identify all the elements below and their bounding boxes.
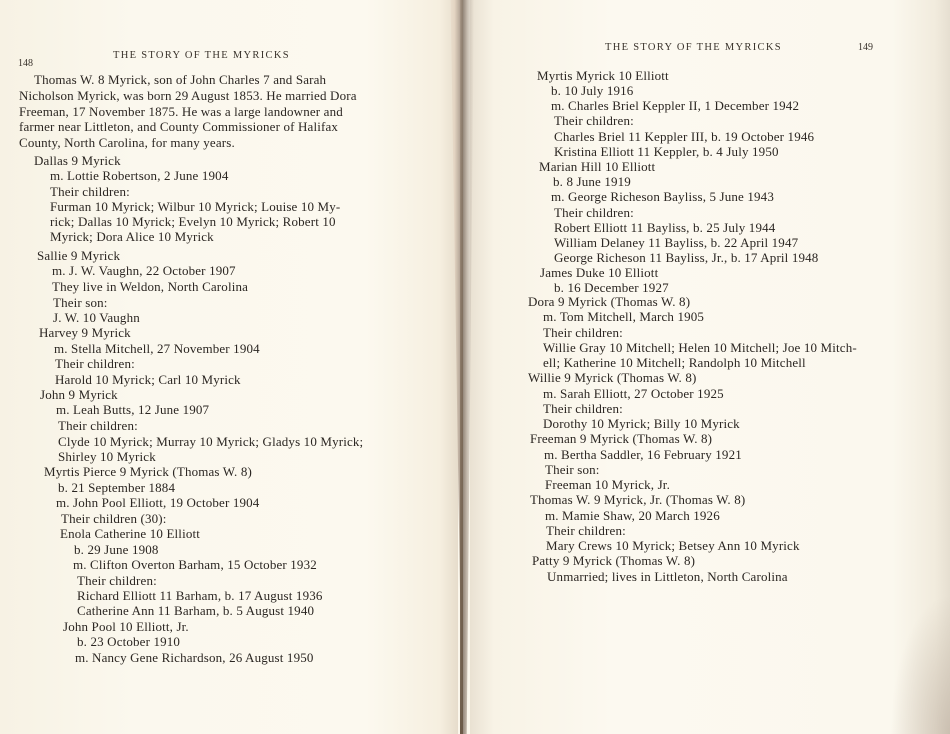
entry-name: Myrtis Pierce 9 Myrick (Thomas W. 8) <box>44 464 252 479</box>
entry-detail: Their children: <box>55 356 135 371</box>
entry-detail: m. Tom Mitchell, March 1905 <box>543 309 704 324</box>
entry-detail: Robert Elliott 11 Bayliss, b. 25 July 19… <box>554 220 775 235</box>
entry-detail: Harold 10 Myrick; Carl 10 Myrick <box>55 372 241 387</box>
entry-detail: Clyde 10 Myrick; Murray 10 Myrick; Glady… <box>58 434 363 449</box>
entry-name: Patty 9 Myrick (Thomas W. 8) <box>532 553 695 568</box>
running-header: THE STORY OF THE MYRICKS <box>605 42 782 53</box>
entry-name: Myrtis Myrick 10 Elliott <box>537 68 669 83</box>
entry-detail: Dorothy 10 Myrick; Billy 10 Myrick <box>543 416 740 431</box>
entry-detail: George Richeson 11 Bayliss, Jr., b. 17 A… <box>554 250 818 265</box>
entry-name: Sallie 9 Myrick <box>37 248 120 263</box>
paragraph-line: Thomas W. 8 Myrick, son of John Charles … <box>34 72 326 87</box>
entry-detail: Their children: <box>58 418 138 433</box>
entry-name: Dora 9 Myrick (Thomas W. 8) <box>528 294 690 309</box>
entry-detail: m. J. W. Vaughn, 22 October 1907 <box>52 263 236 278</box>
entry-detail: Charles Briel 11 Keppler III, b. 19 Octo… <box>554 129 814 144</box>
paragraph-line: Nicholson Myrick, was born 29 August 185… <box>19 88 357 103</box>
entry-name: Marian Hill 10 Elliott <box>539 159 655 174</box>
entry-detail: Furman 10 Myrick; Wilbur 10 Myrick; Loui… <box>50 199 340 214</box>
entry-name: Freeman 9 Myrick (Thomas W. 8) <box>530 431 712 446</box>
entry-detail: b. 8 June 1919 <box>553 174 631 189</box>
entry-detail: Their children: <box>546 523 626 538</box>
spine-shadow <box>460 0 463 734</box>
paragraph-line: Freeman, 17 November 1875. He was a larg… <box>19 104 343 119</box>
entry-name: John Pool 10 Elliott, Jr. <box>63 619 189 634</box>
entry-detail: b. 23 October 1910 <box>77 634 180 649</box>
entry-detail: m. Charles Briel Keppler II, 1 December … <box>551 98 799 113</box>
page-corner-shadow <box>890 594 950 734</box>
entry-detail: m. Clifton Overton Barham, 15 October 19… <box>73 557 317 572</box>
entry-detail: m. Stella Mitchell, 27 November 1904 <box>54 341 260 356</box>
entry-detail: Their children (30): <box>61 511 167 526</box>
entry-detail: m. Lottie Robertson, 2 June 1904 <box>50 168 228 183</box>
entry-detail: Catherine Ann 11 Barham, b. 5 August 194… <box>77 603 314 618</box>
entry-detail: Richard Elliott 11 Barham, b. 17 August … <box>77 588 323 603</box>
entry-detail: b. 29 June 1908 <box>74 542 159 557</box>
page-number: 149 <box>858 42 873 53</box>
book-spread: 148 THE STORY OF THE MYRICKS Thomas W. 8… <box>0 0 950 734</box>
entry-detail: m. Sarah Elliott, 27 October 1925 <box>543 386 724 401</box>
entry-detail: Myrick; Dora Alice 10 Myrick <box>50 229 214 244</box>
entry-detail: Their son: <box>545 462 600 477</box>
entry-detail: Shirley 10 Myrick <box>58 449 156 464</box>
entry-detail: Their children: <box>543 401 623 416</box>
entry-detail: J. W. 10 Vaughn <box>53 310 140 325</box>
entry-detail: Freeman 10 Myrick, Jr. <box>545 477 670 492</box>
page-number: 148 <box>18 58 33 69</box>
entry-detail: b. 10 July 1916 <box>551 83 633 98</box>
entry-detail: Unmarried; lives in Littleton, North Car… <box>547 569 788 584</box>
right-page: THE STORY OF THE MYRICKS 149 Myrtis Myri… <box>470 0 950 734</box>
entry-name: Harvey 9 Myrick <box>39 325 131 340</box>
entry-name: Dallas 9 Myrick <box>34 153 121 168</box>
entry-detail: Their children: <box>50 184 130 199</box>
paragraph-line: County, North Carolina, for many years. <box>19 135 235 150</box>
entry-detail: Their children: <box>554 113 634 128</box>
entry-detail: Kristina Elliott 11 Keppler, b. 4 July 1… <box>554 144 779 159</box>
entry-detail: ell; Katherine 10 Mitchell; Randolph 10 … <box>543 355 806 370</box>
entry-detail: Their son: <box>53 295 108 310</box>
entry-detail: Mary Crews 10 Myrick; Betsey Ann 10 Myri… <box>546 538 800 553</box>
entry-name: Enola Catherine 10 Elliott <box>60 526 200 541</box>
entry-detail: Their children: <box>77 573 157 588</box>
entry-detail: m. George Richeson Bayliss, 5 June 1943 <box>551 189 774 204</box>
entry-detail: m. Nancy Gene Richardson, 26 August 1950 <box>75 650 314 665</box>
entry-detail: m. Mamie Shaw, 20 March 1926 <box>545 508 720 523</box>
entry-detail: m. Leah Butts, 12 June 1907 <box>56 402 209 417</box>
paragraph-line: farmer near Littleton, and County Commis… <box>19 119 338 134</box>
entry-detail: m. John Pool Elliott, 19 October 1904 <box>56 495 259 510</box>
entry-detail: rick; Dallas 10 Myrick; Evelyn 10 Myrick… <box>50 214 336 229</box>
entry-detail: m. Bertha Saddler, 16 February 1921 <box>544 447 742 462</box>
entry-name: Willie 9 Myrick (Thomas W. 8) <box>528 370 696 385</box>
entry-name: Thomas W. 9 Myrick, Jr. (Thomas W. 8) <box>530 492 745 507</box>
entry-name: James Duke 10 Elliott <box>540 265 658 280</box>
entry-detail: Their children: <box>554 205 634 220</box>
entry-detail: William Delaney 11 Bayliss, b. 22 April … <box>554 235 798 250</box>
entry-name: John 9 Myrick <box>40 387 118 402</box>
entry-detail: They live in Weldon, North Carolina <box>52 279 248 294</box>
running-header: THE STORY OF THE MYRICKS <box>113 50 290 61</box>
entry-detail: Their children: <box>543 325 623 340</box>
entry-detail: Willie Gray 10 Mitchell; Helen 10 Mitche… <box>543 340 857 355</box>
entry-detail: b. 16 December 1927 <box>554 280 669 295</box>
left-page: 148 THE STORY OF THE MYRICKS Thomas W. 8… <box>0 0 458 734</box>
entry-detail: b. 21 September 1884 <box>58 480 175 495</box>
